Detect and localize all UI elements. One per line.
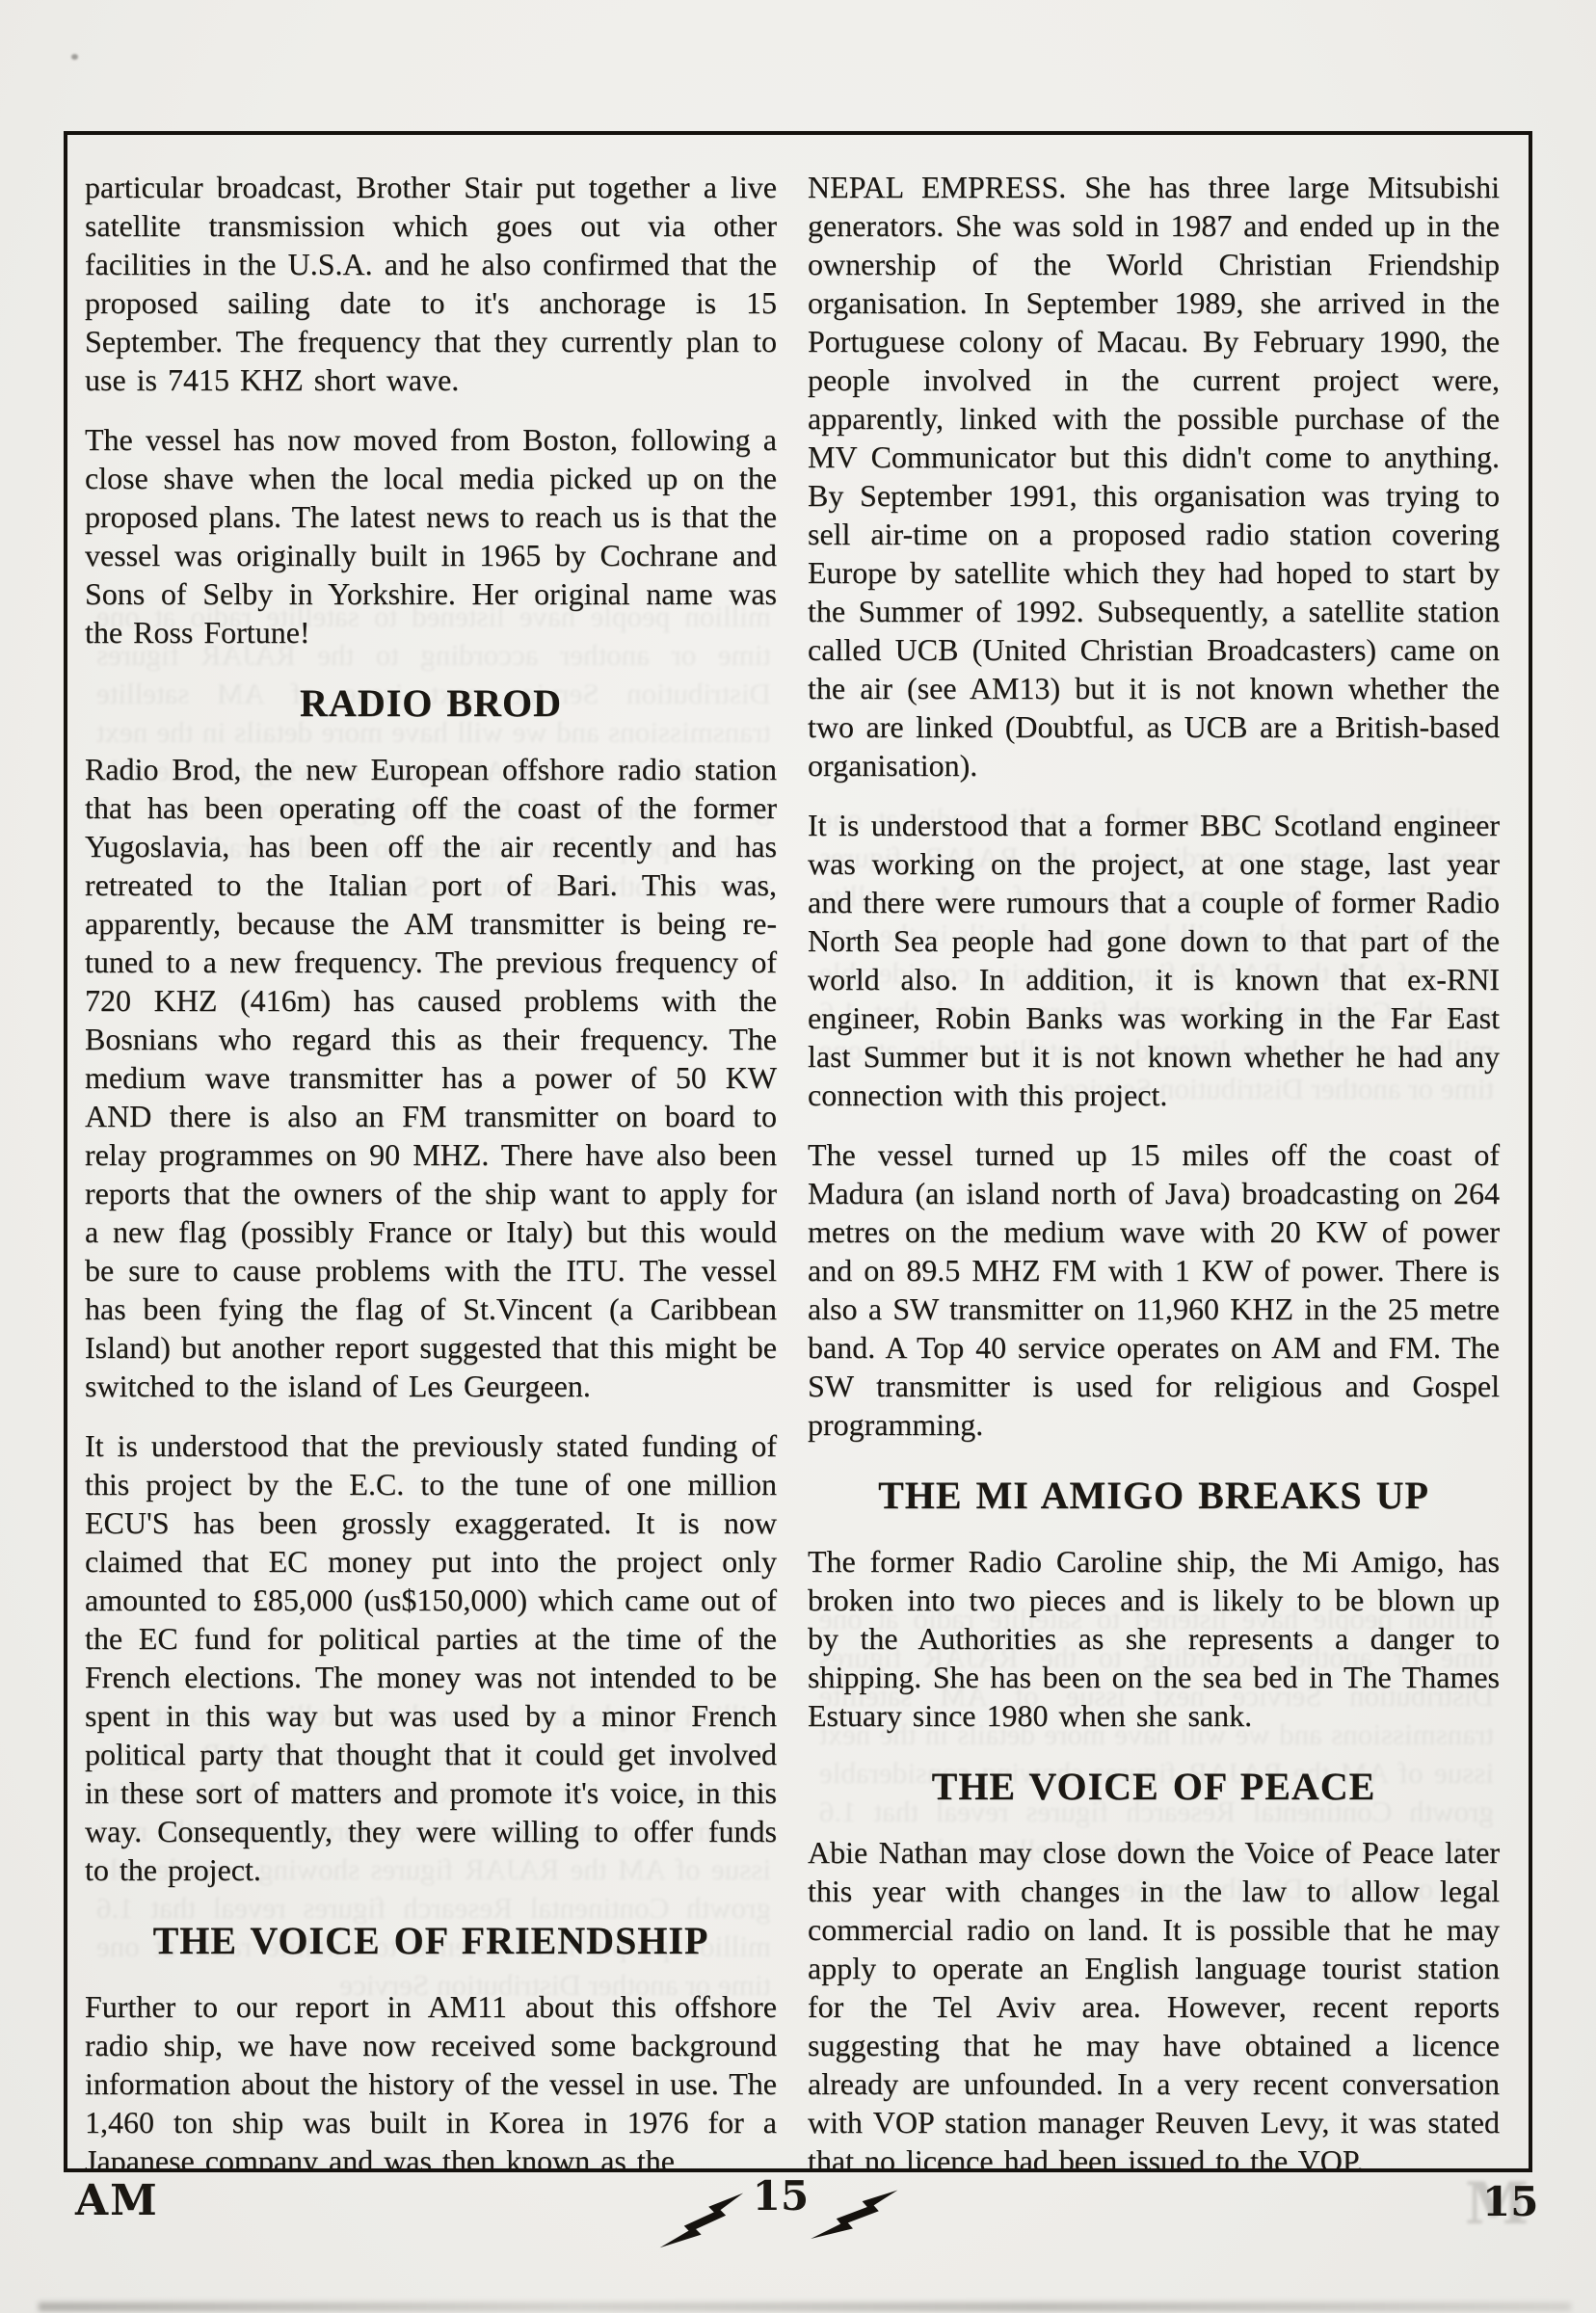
scan-edge-smudge [39, 2302, 1571, 2311]
footer-center-page-number: 15 [631, 2163, 930, 2275]
lightning-bolt-icon [654, 2171, 755, 2280]
paragraph: Abie Nathan may close down the Voice of … [808, 1833, 1500, 2172]
lightning-bolt-icon [805, 2167, 909, 2273]
paragraph: The former Radio Caroline ship, the Mi A… [808, 1542, 1500, 1735]
section-heading: THE MI AMIGO BREAKS UP [808, 1473, 1500, 1519]
paragraph: The vessel turned up 15 miles off the co… [808, 1135, 1500, 1444]
section-heading: THE VOICE OF PEACE [808, 1764, 1500, 1810]
scanned-newsletter-page: million people have listened to satellit… [0, 0, 1596, 2313]
paragraph: Further to our report in AM11 about this… [85, 1987, 777, 2172]
paragraph: Radio Brod, the new European offshore ra… [85, 750, 777, 1405]
right-column: NEPAL EMPRESS. She has three large Mitsu… [808, 168, 1500, 2153]
paragraph: The vessel has now moved from Boston, fo… [85, 420, 777, 651]
section-heading: RADIO BROD [85, 680, 777, 727]
paragraph: It is understood that a former BBC Scotl… [808, 806, 1500, 1114]
paragraph: NEPAL EMPRESS. She has three large Mitsu… [808, 168, 1500, 784]
section-heading: THE VOICE OF FRIENDSHIP [85, 1918, 777, 1964]
scan-speck [71, 54, 78, 60]
paragraph: It is understood that the previously sta… [85, 1426, 777, 1889]
page-number: 15 [753, 2172, 809, 2220]
article-frame: particular broadcast, Brother Stair put … [64, 131, 1532, 2172]
page-number: 15 [1482, 2178, 1538, 2225]
footer-publication-label: AM [75, 2176, 159, 2225]
paragraph: particular broadcast, Brother Stair put … [85, 168, 777, 399]
left-column: particular broadcast, Brother Stair put … [85, 168, 777, 2153]
